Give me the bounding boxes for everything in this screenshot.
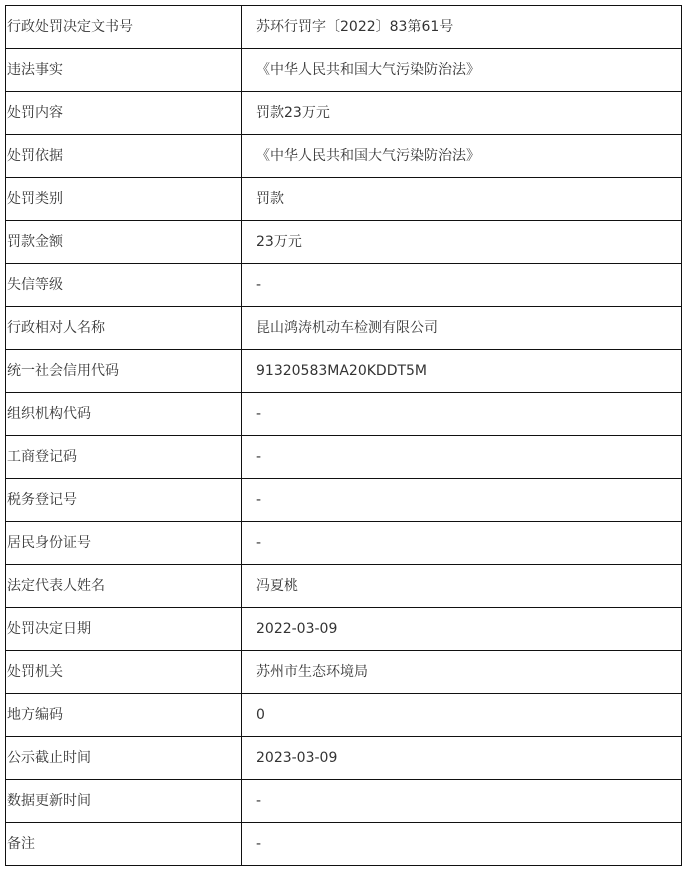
- penalty-record-table: 行政处罚决定文书号 苏环行罚字〔2022〕83第61号 违法事实 《中华人民共和…: [5, 5, 682, 866]
- field-label: 处罚依据: [6, 135, 242, 178]
- field-label: 备注: [6, 823, 242, 866]
- field-value: -: [242, 264, 682, 307]
- field-label: 统一社会信用代码: [6, 350, 242, 393]
- table-row-legal-rep: 法定代表人姓名 冯夏桃: [6, 565, 682, 608]
- table-row-org-code: 组织机构代码 -: [6, 393, 682, 436]
- field-label: 税务登记号: [6, 479, 242, 522]
- field-label: 违法事实: [6, 49, 242, 92]
- table-row-penalty-basis: 处罚依据 《中华人民共和国大气污染防治法》: [6, 135, 682, 178]
- field-value: 冯夏桃: [242, 565, 682, 608]
- table-row-id-number: 居民身份证号 -: [6, 522, 682, 565]
- field-value: -: [242, 479, 682, 522]
- field-value: 罚款: [242, 178, 682, 221]
- table-row-publicity-deadline: 公示截止时间 2023-03-09: [6, 737, 682, 780]
- field-value: 《中华人民共和国大气污染防治法》: [242, 49, 682, 92]
- field-label: 处罚内容: [6, 92, 242, 135]
- table-row-penalty-type: 处罚类别 罚款: [6, 178, 682, 221]
- table-row-local-code: 地方编码 0: [6, 694, 682, 737]
- field-label: 处罚类别: [6, 178, 242, 221]
- field-label: 数据更新时间: [6, 780, 242, 823]
- table-row-data-updated: 数据更新时间 -: [6, 780, 682, 823]
- field-label: 处罚决定日期: [6, 608, 242, 651]
- field-label: 行政相对人名称: [6, 307, 242, 350]
- table-row-credit-level: 失信等级 -: [6, 264, 682, 307]
- field-value: -: [242, 780, 682, 823]
- table-row-penalty-authority: 处罚机关 苏州市生态环境局: [6, 651, 682, 694]
- table-row-violation-facts: 违法事实 《中华人民共和国大气污染防治法》: [6, 49, 682, 92]
- table-row-tax-reg-number: 税务登记号 -: [6, 479, 682, 522]
- field-value: 2022-03-09: [242, 608, 682, 651]
- field-value: 昆山鸿涛机动车检测有限公司: [242, 307, 682, 350]
- field-value: 2023-03-09: [242, 737, 682, 780]
- field-value: -: [242, 522, 682, 565]
- table-row-credit-code: 统一社会信用代码 91320583MA20KDDT5M: [6, 350, 682, 393]
- table-row-penalty-content: 处罚内容 罚款23万元: [6, 92, 682, 135]
- field-label: 法定代表人姓名: [6, 565, 242, 608]
- field-label: 处罚机关: [6, 651, 242, 694]
- field-value: -: [242, 436, 682, 479]
- field-value: 苏环行罚字〔2022〕83第61号: [242, 6, 682, 49]
- table-row-decision-date: 处罚决定日期 2022-03-09: [6, 608, 682, 651]
- field-value: 苏州市生态环境局: [242, 651, 682, 694]
- table-row-decision-number: 行政处罚决定文书号 苏环行罚字〔2022〕83第61号: [6, 6, 682, 49]
- field-label: 行政处罚决定文书号: [6, 6, 242, 49]
- table-row-party-name: 行政相对人名称 昆山鸿涛机动车检测有限公司: [6, 307, 682, 350]
- field-label: 工商登记码: [6, 436, 242, 479]
- field-value: -: [242, 393, 682, 436]
- table-row-fine-amount: 罚款金额 23万元: [6, 221, 682, 264]
- field-value: 91320583MA20KDDT5M: [242, 350, 682, 393]
- field-value: -: [242, 823, 682, 866]
- table-row-business-reg-code: 工商登记码 -: [6, 436, 682, 479]
- field-label: 组织机构代码: [6, 393, 242, 436]
- table-row-remarks: 备注 -: [6, 823, 682, 866]
- field-label: 罚款金额: [6, 221, 242, 264]
- field-value: 23万元: [242, 221, 682, 264]
- field-label: 公示截止时间: [6, 737, 242, 780]
- field-value: 《中华人民共和国大气污染防治法》: [242, 135, 682, 178]
- field-label: 地方编码: [6, 694, 242, 737]
- field-label: 居民身份证号: [6, 522, 242, 565]
- field-label: 失信等级: [6, 264, 242, 307]
- field-value: 0: [242, 694, 682, 737]
- field-value: 罚款23万元: [242, 92, 682, 135]
